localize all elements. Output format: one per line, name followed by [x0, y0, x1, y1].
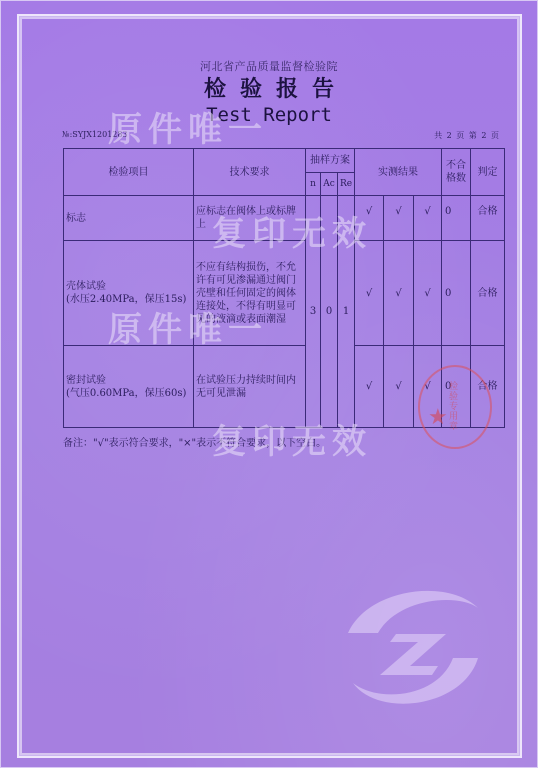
row2-requirement: 不应有结构损伤，不允许有可见渗漏通过阀门壳壁和任何固定的阀体连接处，不得有明显可… — [196, 241, 304, 345]
header-ac: Ac — [321, 173, 337, 195]
row3-item-cell: 密封试验 (气压0.60MPa，保压60s) — [66, 346, 192, 427]
table-line — [63, 427, 505, 428]
row2-result-2: √ — [384, 241, 413, 345]
header-verdict: 判定 — [471, 149, 504, 195]
row2-result-1: √ — [355, 241, 383, 345]
header-nonconforming: 不合格数 — [442, 149, 470, 195]
row1-nonconforming: 0 — [445, 196, 470, 226]
row1-item: 标志 — [66, 196, 192, 240]
row2-item-cell: 壳体试验 (水压2.40MPa，保压15s) — [66, 241, 192, 345]
sampling-n: 3 — [306, 196, 320, 427]
header-n: n — [306, 173, 320, 195]
header-re: Re — [338, 173, 354, 195]
row1-result-1: √ — [355, 196, 383, 226]
row1-result-3: √ — [414, 196, 441, 226]
title-chinese: 检验报告 — [0, 72, 538, 103]
row3-requirement: 在试验压力持续时间内无可见泄漏 — [196, 346, 304, 427]
row1-result-2: √ — [384, 196, 413, 226]
row2-item: 壳体试验 — [66, 280, 106, 293]
header-measured-results: 实测结果 — [355, 149, 441, 195]
row2-nonconforming: 0 — [445, 241, 470, 345]
row3-result-3: √ — [414, 346, 441, 427]
page-info: 共 2 页 第 2 页 — [434, 130, 500, 141]
row3-item-condition: (气压0.60MPa，保压60s) — [66, 387, 186, 400]
row1-requirement: 应标志在阀体上或标牌上 — [196, 196, 304, 240]
row3-verdict: 合格 — [471, 346, 504, 427]
header-item: 检验项目 — [64, 149, 193, 195]
row3-item: 密封试验 — [66, 374, 106, 387]
row3-nonconforming: 0 — [445, 346, 470, 427]
row2-verdict: 合格 — [471, 241, 504, 345]
title-english: Test Report — [0, 104, 538, 126]
document-page: 河北省产品质量监督检验院 检验报告 Test Report №:SYJX1201… — [0, 0, 538, 768]
row2-result-3: √ — [414, 241, 441, 345]
table-line — [504, 148, 505, 428]
row3-result-2: √ — [384, 346, 413, 427]
results-table: 检验项目 技术要求 抽样方案 n Ac Re 实测结果 不合格数 判定 3 0 … — [63, 148, 505, 428]
institution-logo-icon — [338, 578, 488, 718]
header-sampling-plan: 抽样方案 — [306, 149, 354, 172]
sampling-ac: 0 — [321, 196, 337, 427]
remarks-note: 备注："√"表示符合要求，"×"表示不符合要求，以下空白。 — [63, 434, 326, 449]
report-number: №:SYJX1201283 — [62, 130, 128, 139]
header-requirement: 技术要求 — [194, 149, 305, 195]
row2-item-condition: (水压2.40MPa，保压15s) — [66, 293, 186, 306]
row3-result-1: √ — [355, 346, 383, 427]
sampling-re: 1 — [338, 196, 354, 427]
row1-verdict: 合格 — [471, 196, 504, 226]
